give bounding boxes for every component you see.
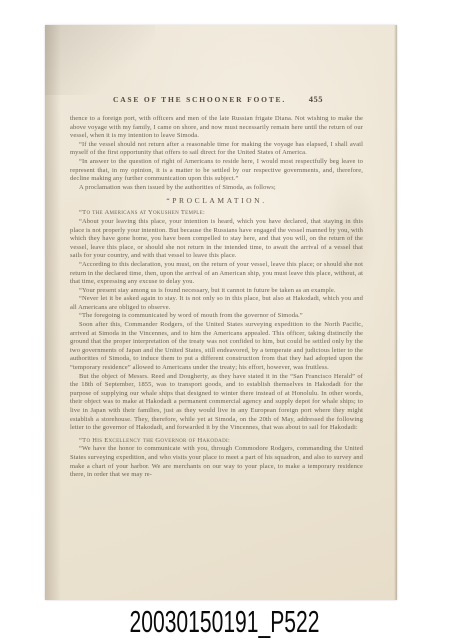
paragraph: “We have the honor to communicate with y… bbox=[70, 445, 363, 479]
page-content: CASE OF THE SCHOONER FOOTE. 455 thence t… bbox=[70, 95, 363, 480]
paragraph: “Never let it be asked again to stay. It… bbox=[70, 295, 363, 312]
salutation-governor: “To His Excellency the Governor of Hakod… bbox=[70, 437, 363, 446]
image-id-caption: 20030150191_P522 bbox=[72, 606, 377, 637]
paragraph: “In answer to the question of right of A… bbox=[70, 158, 363, 184]
page-corner-shading bbox=[45, 25, 155, 95]
running-header: CASE OF THE SCHOONER FOOTE. 455 bbox=[70, 95, 363, 105]
paragraph: “Your present stay among us is found nec… bbox=[70, 287, 363, 296]
paragraph: “According to this declaration, you must… bbox=[70, 261, 363, 287]
paragraph: “If the vessel should not return after a… bbox=[70, 141, 363, 158]
proclamation-heading: “PROCLAMATION. bbox=[70, 196, 363, 205]
salutation-americans: “To the Americans at Yokushen Temple: bbox=[70, 209, 363, 218]
paragraph: A proclamation was then issued by the au… bbox=[70, 184, 363, 193]
paragraph: “About your leaving this place, your int… bbox=[70, 218, 363, 261]
paragraph: But the object of Messrs. Reed and Dough… bbox=[70, 373, 363, 433]
scanned-page: CASE OF THE SCHOONER FOOTE. 455 thence t… bbox=[45, 25, 397, 600]
paragraph: Soon after this, Commander Rodgers, of t… bbox=[70, 321, 363, 373]
body-text: thence to a foreign port, with officers … bbox=[70, 115, 363, 480]
page-number: 455 bbox=[309, 94, 323, 104]
paragraph: “The foregoing is communicated by word o… bbox=[70, 312, 363, 321]
paragraph-continuation: thence to a foreign port, with officers … bbox=[70, 115, 363, 141]
